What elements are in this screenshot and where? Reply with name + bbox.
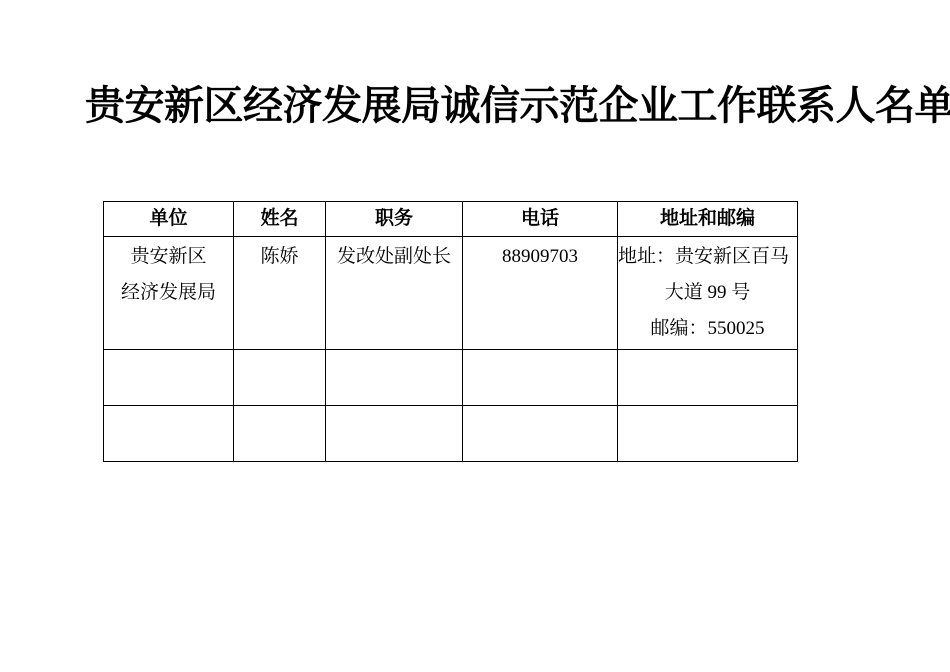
empty-cell-position bbox=[326, 350, 463, 406]
table-row-empty bbox=[104, 406, 798, 462]
contact-name: 陈娇 bbox=[234, 239, 325, 275]
cell-address: 地址：贵安新区百马 大道 99 号 邮编：550025 bbox=[618, 237, 798, 350]
document-title: 贵安新区经济发展局诚信示范企业工作联系人名单 bbox=[85, 84, 917, 128]
empty-cell-phone bbox=[463, 406, 618, 462]
empty-cell-position bbox=[326, 406, 463, 462]
contact-table: 单位 姓名 职务 电话 地址和邮编 贵安新区 经济发展局 陈娇 发改处副处长 8 bbox=[103, 201, 798, 462]
header-unit: 单位 bbox=[104, 202, 234, 237]
contact-phone: 88909703 bbox=[463, 239, 617, 275]
empty-cell-unit bbox=[104, 350, 234, 406]
unit-line-2: 经济发展局 bbox=[104, 275, 233, 311]
header-name: 姓名 bbox=[234, 202, 326, 237]
cell-position: 发改处副处长 bbox=[326, 237, 463, 350]
empty-cell-address bbox=[618, 406, 798, 462]
header-position: 职务 bbox=[326, 202, 463, 237]
empty-cell-name bbox=[234, 406, 326, 462]
unit-line-1: 贵安新区 bbox=[104, 239, 233, 275]
table-row-empty bbox=[104, 350, 798, 406]
header-phone: 电话 bbox=[463, 202, 618, 237]
cell-phone: 88909703 bbox=[463, 237, 618, 350]
address-line-3: 邮编：550025 bbox=[618, 311, 797, 347]
address-line-2: 大道 99 号 bbox=[618, 275, 797, 311]
cell-unit: 贵安新区 经济发展局 bbox=[104, 237, 234, 350]
empty-cell-address bbox=[618, 350, 798, 406]
table-row: 贵安新区 经济发展局 陈娇 发改处副处长 88909703 地址：贵安新区百马 … bbox=[104, 237, 798, 350]
table-header-row: 单位 姓名 职务 电话 地址和邮编 bbox=[104, 202, 798, 237]
empty-cell-name bbox=[234, 350, 326, 406]
contact-position: 发改处副处长 bbox=[326, 239, 462, 275]
header-address: 地址和邮编 bbox=[618, 202, 798, 237]
address-line-1: 地址：贵安新区百马 bbox=[618, 239, 797, 275]
cell-name: 陈娇 bbox=[234, 237, 326, 350]
empty-cell-phone bbox=[463, 350, 618, 406]
empty-cell-unit bbox=[104, 406, 234, 462]
